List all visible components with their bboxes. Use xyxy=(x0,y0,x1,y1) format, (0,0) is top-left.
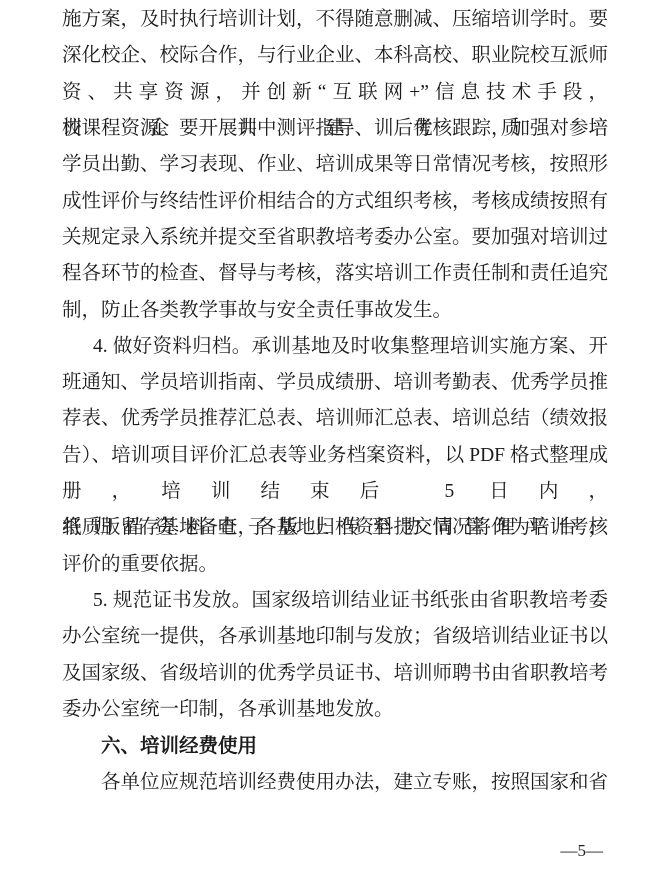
text-line: 4. 做好资料归档。承训基地及时收集整理培训实施方案、开 xyxy=(62,329,608,365)
text-line: 程各环节的检查、督导与考核，落实培训工作责任制和责任追究 xyxy=(62,256,608,292)
text-line: 制，防止各类教学事故与安全责任事故发生。 xyxy=(62,293,608,329)
text-line: 荐表、优秀学员推荐汇总表、培训师汇总表、培训总结（绩效报 xyxy=(62,401,608,437)
text-line: 训课程资源。要开展训中测评指导、训后考核跟踪，加强对参培 xyxy=(62,111,608,147)
text-line: 各单位应规范培训经费使用办法，建立专账，按照国家和省 xyxy=(62,765,608,801)
text-line: 资、共享资源，并创新“互联网+”信息技术手段，校企共建优质培 xyxy=(62,75,608,111)
text-line: 学员出勤、学习表现、作业、培训成果等日常情况考核，按照形 xyxy=(62,147,608,183)
document-page: 施方案，及时执行培训计划，不得随意删减、压缩培训学时。要深化校企、校际合作，与行… xyxy=(0,0,659,895)
text-line: 成性评价与终结性评价相结合的方式组织考核，考核成绩按照有 xyxy=(62,184,608,220)
text-line: 册，培训结束后 5 日内，将归档资料电子版上传至协同管理平台， xyxy=(62,474,608,510)
text-line: 5. 规范证书发放。国家级培训结业证书纸张由省职教培考委 xyxy=(62,583,608,619)
text-line: 关规定录入系统并提交至省职教培考委办公室。要加强对培训过 xyxy=(62,220,608,256)
section-heading: 六、培训经费使用 xyxy=(62,728,608,764)
text-line: 班通知、学员培训指南、学员成绩册、培训考勤表、优秀学员推 xyxy=(62,365,608,401)
text-line: 深化校企、校际合作，与行业企业、本科高校、职业院校互派师 xyxy=(62,38,608,74)
text-line: 办公室统一提供，各承训基地印制与发放；省级培训结业证书以 xyxy=(62,619,608,655)
page-number: —5— xyxy=(561,841,604,861)
text-line: 委办公室统一印制，各承训基地发放。 xyxy=(62,692,608,728)
text-line: 评价的重要依据。 xyxy=(62,547,608,583)
text-line: 施方案，及时执行培训计划，不得随意删减、压缩培训学时。要 xyxy=(62,2,608,38)
text-line: 告）、培训项目评价汇总表等业务档案资料，以 PDF 格式整理成 xyxy=(62,438,608,474)
text-line: 及国家级、省级培训的优秀学员证书、培训师聘书由省职教培考 xyxy=(62,656,608,692)
document-body: 施方案，及时执行培训计划，不得随意删减、压缩培训学时。要深化校企、校际合作，与行… xyxy=(62,2,608,801)
text-line: 纸质版留存基地备查，各基地归档资料提交情况将作为培训考核 xyxy=(62,510,608,546)
